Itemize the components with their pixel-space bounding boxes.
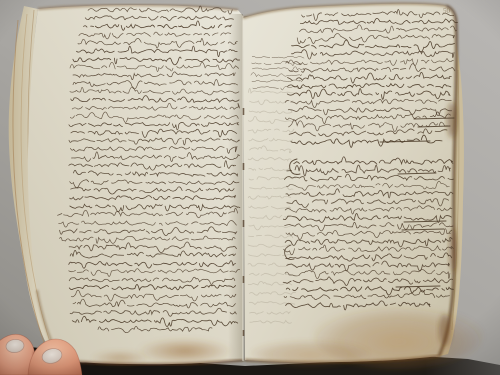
photo-canvas: 50 — [0, 0, 500, 375]
manuscript-photo: 50 — [0, 0, 500, 375]
vignette — [0, 0, 500, 375]
